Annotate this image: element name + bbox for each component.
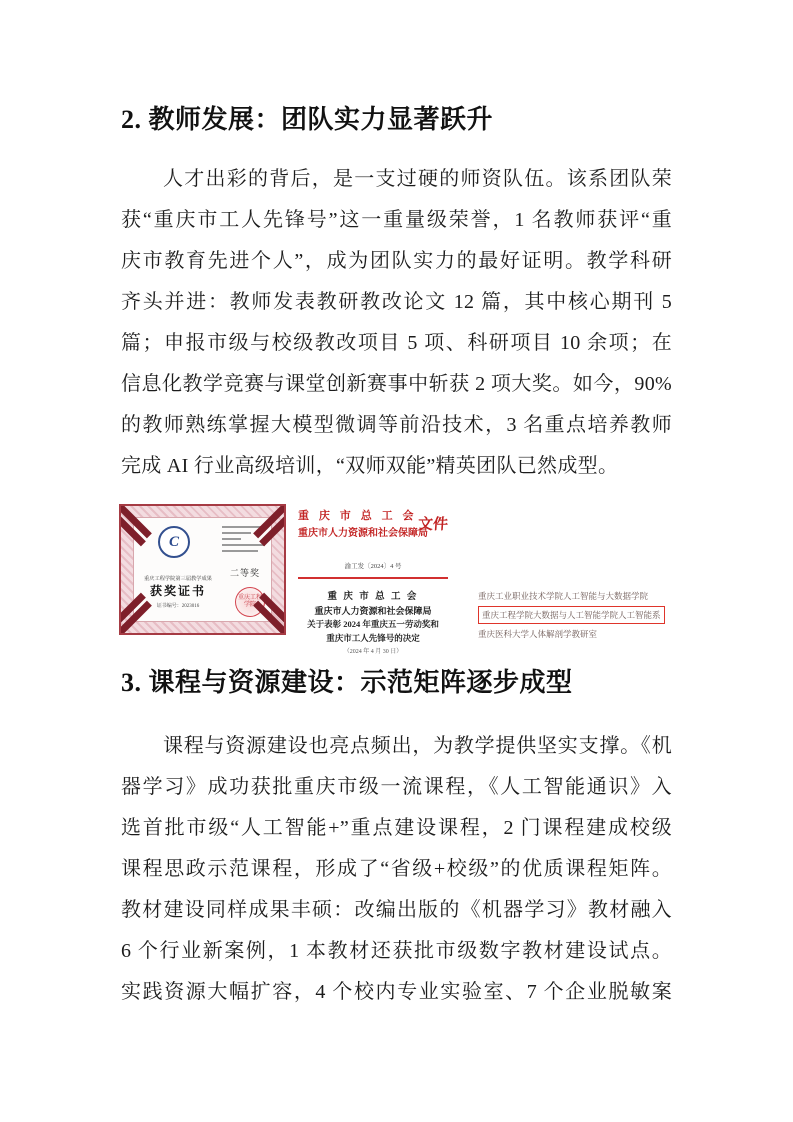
document-page: 2. 教师发展：团队实力显著跃升 人才出彩的背后，是一支过硬的师资队伍。该系团队… bbox=[0, 0, 793, 1122]
red-highlight-box: 重庆工程学院大数据与人工智能学院人工智能系 bbox=[478, 606, 665, 624]
certificate-series-label: 重庆工程学院第三届教学成果 bbox=[139, 574, 217, 582]
gov-document-number: 渝工发〔2024〕4 号 bbox=[298, 561, 448, 570]
gov-title-line-1: 重 庆 市 总 工 会 bbox=[298, 588, 448, 602]
text-line: 庆市教育先进个人”，成为团队实力的最好证明。教学科研 bbox=[121, 241, 672, 282]
gov-file-word: 文件 bbox=[417, 513, 448, 534]
section-2-heading: 2. 教师发展：团队实力显著跃升 bbox=[121, 99, 493, 136]
gov-title-line-4: 重庆市工人先锋号的决定 bbox=[298, 632, 448, 644]
text-line: 器学习》成功获批重庆市级一流课程，《人工智能通识》入 bbox=[121, 767, 672, 808]
section-2-paragraph: 人才出彩的背后，是一支过硬的师资队伍。该系团队荣 获“重庆市工人先锋号”这一重量… bbox=[121, 159, 672, 487]
text-line: 教材建设同样成果丰硕：改编出版的《机器学习》教材融入 bbox=[121, 890, 672, 931]
certificate-title: 获奖证书 bbox=[137, 582, 219, 599]
gov-document-date: （2024 年 4 月 30 日） bbox=[298, 646, 448, 655]
text-line: 齐头并进：教师发表教研教改论文 12 篇，其中核心期刊 5 bbox=[121, 282, 672, 323]
gov-org-line-2: 重庆市人力资源和社会保障局 bbox=[298, 524, 414, 539]
text-line: 选首批市级“人工智能+”重点建设课程，2 门课程建成校级 bbox=[121, 808, 672, 849]
gov-document-header: 重 庆 市 总 工 会 重庆市人力资源和社会保障局 文件 bbox=[298, 507, 448, 539]
text-line: 获“重庆市工人先锋号”这一重量级荣誉，1 名教师获评“重 bbox=[121, 200, 672, 241]
award-list-item-highlighted: 重庆工程学院大数据与人工智能学院人工智能系 bbox=[478, 605, 690, 625]
text-line: 篇；申报市级与校级教改项目 5 项、科研项目 10 余项；在 bbox=[121, 323, 672, 364]
text-line: 完成 AI 行业高级培训，“双师双能”精英团队已然成型。 bbox=[121, 446, 672, 487]
gov-red-rule bbox=[298, 577, 448, 579]
gov-org-line-1: 重 庆 市 总 工 会 bbox=[298, 507, 414, 523]
award-list-image: 重庆工业职业技术学院人工智能与大数据学院 重庆工程学院大数据与人工智能学院人工智… bbox=[478, 590, 690, 643]
school-logo-icon: C bbox=[158, 526, 190, 558]
section-3-paragraph: 课程与资源建设也亮点频出，为教学提供坚实支撑。《机 器学习》成功获批重庆市级一流… bbox=[121, 726, 672, 1013]
text-line: 课程思政示范课程，形成了“省级+校级”的优质课程矩阵。 bbox=[121, 849, 672, 890]
gov-document-title: 重 庆 市 总 工 会 重庆市人力资源和社会保障局 关于表彰 2024 年重庆五… bbox=[298, 588, 448, 655]
text-line: 6 个行业新案例，1 本教材还获批市级数字教材建设试点。 bbox=[121, 931, 672, 972]
section-3-heading: 3. 课程与资源建设：示范矩阵逐步成型 bbox=[121, 662, 573, 699]
gov-title-line-3: 关于表彰 2024 年重庆五一劳动奖和 bbox=[298, 618, 448, 630]
certificate-inner-sheet: C 重庆工程学院第三届教学成果 获奖证书 证书编号：2023016 二等奖 重庆… bbox=[133, 517, 272, 622]
text-line: 课程与资源建设也亮点频出，为教学提供坚实支撑。《机 bbox=[121, 726, 672, 767]
text-line: 实践资源大幅扩容，4 个校内专业实验室、7 个企业脱敏案 bbox=[121, 972, 672, 1013]
award-list-item: 重庆医科大学人体解剖学教研室 bbox=[478, 628, 690, 640]
award-list-item: 重庆工业职业技术学院人工智能与大数据学院 bbox=[478, 590, 690, 602]
text-line: 的教师熟练掌握大模型微调等前沿技术，3 名重点培养教师 bbox=[121, 405, 672, 446]
text-line: 信息化教学竞赛与课堂创新赛事中斩获 2 项大奖。如今，90% bbox=[121, 364, 672, 405]
gov-title-line-2: 重庆市人力资源和社会保障局 bbox=[298, 604, 448, 617]
text-line: 人才出彩的背后，是一支过硬的师资队伍。该系团队荣 bbox=[121, 159, 672, 200]
award-certificate-image: C 重庆工程学院第三届教学成果 获奖证书 证书编号：2023016 二等奖 重庆… bbox=[119, 504, 286, 635]
award-grade-label: 二等奖 bbox=[230, 566, 260, 579]
gov-org-names: 重 庆 市 总 工 会 重庆市人力资源和社会保障局 bbox=[298, 507, 414, 539]
gov-document-image: 重 庆 市 总 工 会 重庆市人力资源和社会保障局 文件 渝工发〔2024〕4 … bbox=[298, 507, 448, 655]
